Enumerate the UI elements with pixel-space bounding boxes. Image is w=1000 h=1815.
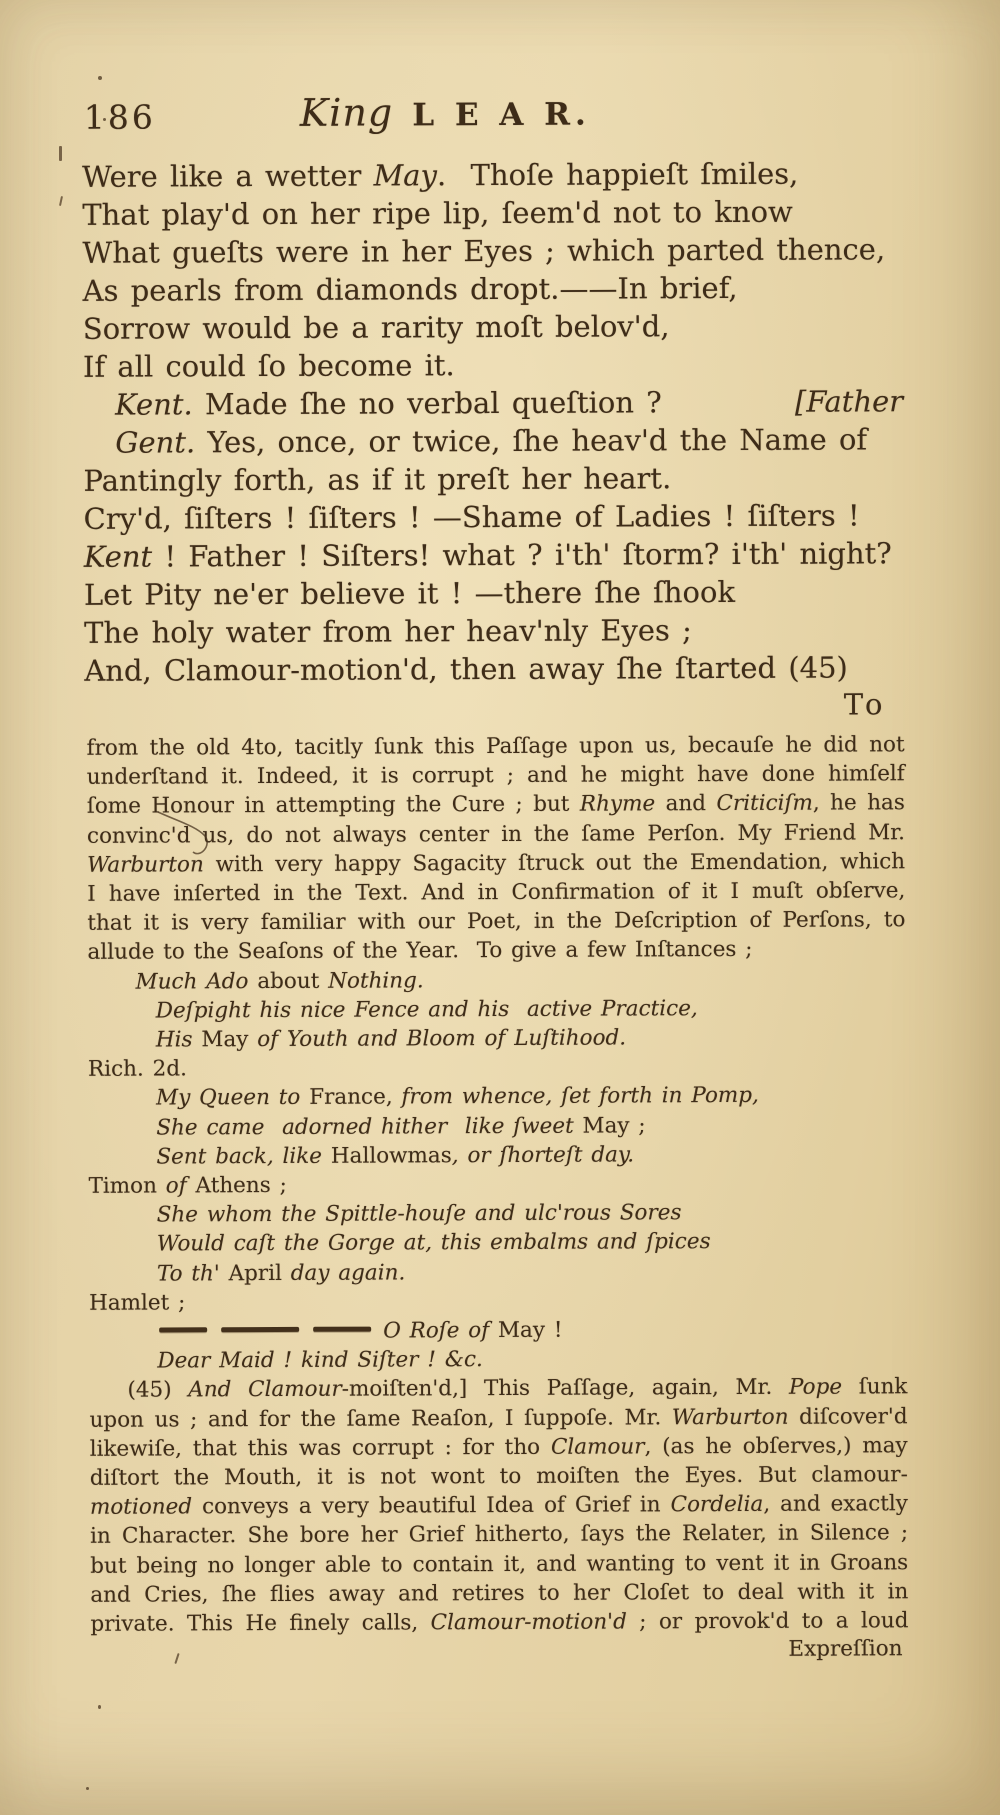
italic-text: , or ſhorteſt day. — [452, 1142, 634, 1168]
italic-text: Clamour-motion'd — [431, 1610, 627, 1636]
roman-text: Made ſhe no verbal queſtion ? — [193, 385, 662, 421]
italic-text: She came adorned hither like ſweet — [156, 1113, 582, 1140]
text-line: Were like a wetter May. Thoſe happieſt ſ… — [82, 154, 902, 196]
roman-text: Timon — [88, 1174, 165, 1199]
italic-text: Kent. — [115, 387, 193, 421]
text-line: from the old 4to, tacitly ſunk this Paſſ… — [85, 730, 905, 763]
text-line: motioned conveys a very beautiful Idea o… — [88, 1490, 908, 1523]
text-line: And, Clamour-motion'd, then away ſhe ſta… — [84, 648, 904, 690]
stage-direction-catch: [Father — [795, 382, 903, 420]
roman-text: conveys a very beautiful Idea of Grief i… — [192, 1493, 671, 1520]
text-line: She whom the Spittle-houſe and ulc'rous … — [87, 1197, 907, 1230]
italic-text: O Roſe of — [383, 1318, 498, 1344]
italic-text: Warburton — [87, 852, 204, 878]
quotation-dash — [313, 1326, 371, 1331]
roman-text: underſtand it. Indeed, it is corrupt ; a… — [87, 761, 905, 790]
text-line: Hamlet ; — [87, 1285, 907, 1318]
text-line: To th' April day again. — [87, 1256, 907, 1289]
text-line: Gent. Yes, once, or twice, ſhe heav'd th… — [83, 420, 903, 462]
roman-text: , and exactly — [763, 1492, 908, 1518]
text-line: Warburton with very happy Sagacity ſtruc… — [85, 847, 905, 880]
text-line: ſome Honour in attempting the Cure ; but… — [85, 789, 905, 822]
text-line: Rich. 2d. — [86, 1051, 906, 1084]
main-verse-text: Were like a wetter May. Thoſe happieſt ſ… — [82, 154, 904, 690]
italic-text: Would caſt the Gorge at, this embalms an… — [157, 1230, 711, 1257]
text-line: Would caſt the Gorge at, this embalms an… — [87, 1227, 907, 1260]
italic-text: Warburton — [672, 1404, 789, 1430]
roman-text: in Character. She bore her Grief hithert… — [90, 1521, 908, 1550]
roman-text: upon us ; and for the ſame Reaſon, I ſup… — [90, 1405, 672, 1433]
running-header: 186 King L E A R. — [82, 88, 902, 144]
roman-text: ; or provok'd to a loud — [627, 1608, 909, 1634]
roman-text: That play'd on her ripe lip, ſeem'd not … — [82, 195, 793, 232]
text-line: Let Pity ne'er believe it ! —there ſhe ſ… — [84, 572, 904, 614]
text-line: His May of Youth and Bloom of Luſtihood. — [86, 1022, 906, 1055]
text-line: Pantingly forth, as if it preſt her hear… — [83, 458, 903, 500]
roman-text: The holy water from her heav'nly Eyes ; — [84, 613, 692, 650]
italic-text: Pope — [789, 1375, 842, 1400]
text-line: Kent ! Father ! Siſters! what ? i'th' ſt… — [84, 534, 904, 576]
roman-text: As pearls from diamonds dropt.——In brief… — [83, 271, 738, 308]
text-line: As pearls from diamonds dropt.——In brief… — [83, 268, 903, 310]
roman-text: If all could ſo become it. — [83, 348, 455, 384]
italic-text: Kent — [84, 540, 153, 574]
roman-text: Were like a wetter — [82, 159, 374, 194]
italic-text: from whence, ſet forth in Pomp, — [393, 1083, 759, 1110]
text-line: allude to the Seaſons of the Year. To gi… — [85, 935, 905, 968]
page-number: 186 — [84, 97, 156, 136]
italic-text: motioned — [90, 1495, 192, 1520]
roman-text: Athens ; — [187, 1173, 287, 1198]
roman-text: allude to the Seaſons of the Year. To gi… — [87, 937, 752, 965]
italic-text: Gent. — [115, 425, 195, 459]
roman-text: Pantingly forth, as if it preſt her hear… — [83, 461, 671, 498]
roman-text: France, — [309, 1085, 393, 1110]
text-line: in Character. She bore her Grief hithert… — [88, 1519, 908, 1552]
italic-text: Clamour — [551, 1434, 645, 1459]
text-line: What gueſts were in her Eyes ; which par… — [82, 230, 902, 272]
roman-text: about — [248, 968, 328, 993]
text-line: that it is very familiar with our Poet, … — [85, 905, 905, 938]
text-line: (45) And Clamour-moiſten'd,] This Paſſag… — [87, 1373, 907, 1406]
roman-text: that it is very familiar with our Poet, … — [87, 907, 905, 936]
roman-text: May — [201, 1027, 248, 1052]
text-line: likewiſe, that this was corrupt : for th… — [88, 1431, 908, 1464]
text-line: diſtort the Mouth, it is not wont to moi… — [88, 1460, 908, 1493]
italic-text: Dear Maid ! kind Siſter ! &c. — [157, 1347, 483, 1373]
roman-text: ! Father ! Siſters! what ? i'th' ſtorm? … — [152, 536, 892, 573]
text-line: Cry'd, ſiſters ! ſiſters ! —Shame of Lad… — [84, 496, 904, 538]
roman-text: but being no longer able to contain it, … — [90, 1550, 908, 1579]
text-line: Sorrow would be a rarity moſt belov'd, — [83, 306, 903, 348]
ink-speck — [98, 76, 102, 80]
text-line: but being no longer able to contain it, … — [88, 1548, 908, 1581]
roman-text: What gueſts were in her Eyes ; which par… — [82, 232, 885, 270]
italic-text: Much Ado — [136, 969, 249, 994]
catchword-footnote: Expreſſion — [89, 1636, 909, 1668]
roman-text: from the old 4to, tacitly ſunk this Paſſ… — [87, 732, 905, 761]
roman-text: ſunk — [842, 1375, 907, 1400]
text-line: I have inſerted in the Text. And in Conf… — [85, 876, 905, 909]
roman-text: likewiſe, that this was corrupt : for th… — [90, 1435, 551, 1462]
roman-text: Hallowmas — [331, 1143, 452, 1169]
title-italic: King — [300, 90, 394, 134]
roman-text: May ; — [582, 1113, 645, 1138]
italic-text: And Clamour — [188, 1377, 342, 1403]
text-line: That play'd on her ripe lip, ſeem'd not … — [82, 192, 902, 234]
text-line: O Roſe of May ! — [87, 1314, 907, 1347]
roman-text: (45) — [127, 1378, 188, 1403]
roman-text: Yes, once, or twice, ſhe heav'd the Name… — [195, 422, 867, 459]
text-line: Timon of Athens ; — [86, 1168, 906, 1201]
roman-text: with very happy Sagacity ſtruck out the … — [204, 849, 905, 877]
text-line: If all could ſo become it. — [83, 344, 903, 386]
italic-text: Deſpight his nice Fence and his active P… — [156, 996, 698, 1023]
italic-text: His — [156, 1027, 202, 1052]
text-line: upon us ; and for the ſame Reaſon, I ſup… — [87, 1402, 907, 1435]
roman-text: convinc'd us, do not always center in th… — [87, 820, 905, 849]
roman-text: private. This He finely calls, — [90, 1610, 430, 1636]
roman-text: Sorrow would be a rarity moſt belov'd, — [83, 309, 670, 346]
text-line: convinc'd us, do not always center in th… — [85, 818, 905, 851]
text-line: She came adorned hither like ſweet May ; — [86, 1110, 906, 1143]
roman-text: , (as he obſerves,) may — [644, 1433, 907, 1459]
page-title: King L E A R. — [300, 90, 591, 135]
italic-text: Cordelia — [671, 1492, 764, 1517]
ink-speck — [103, 118, 106, 121]
italic-text: day again. — [291, 1260, 406, 1285]
text-line: Much Ado about Nothing. — [86, 964, 906, 997]
book-page-scan: 186 King L E A R. Were like a wetter May… — [0, 0, 1000, 1815]
italic-text: of — [166, 1173, 187, 1198]
italic-text: She whom the Spittle-houſe and ulc'rous … — [157, 1200, 682, 1227]
text-line: Kent. Made ſhe no verbal queſtion ?[Fath… — [83, 382, 903, 424]
italic-text: Sent back, like — [156, 1144, 331, 1170]
roman-text: ſome Honour in attempting the Cure ; but — [87, 792, 580, 819]
catchword-main: To — [84, 686, 904, 726]
text-line: Sent back, like Hallowmas, or ſhorteſt d… — [86, 1139, 906, 1172]
roman-text: Cry'd, ſiſters ! ſiſters ! —Shame of Lad… — [84, 498, 860, 535]
text-line: My Queen to France, from whence, ſet for… — [86, 1081, 906, 1114]
text-line: underſtand it. Indeed, it is corrupt ; a… — [85, 759, 905, 792]
ink-speck — [86, 1787, 89, 1790]
title-caps: L E A R. — [412, 97, 591, 134]
roman-text: Rich. 2d. — [88, 1057, 187, 1082]
italic-text: My Queen to — [156, 1085, 309, 1111]
roman-text: , he has — [813, 791, 905, 816]
roman-text: and Cries, ſhe flies away and retires to… — [90, 1579, 908, 1608]
roman-text: diſcover'd — [788, 1404, 907, 1430]
roman-text: April — [229, 1261, 291, 1286]
roman-text: Hamlet ; — [89, 1290, 185, 1315]
text-line: Deſpight his nice Fence and his active P… — [86, 993, 906, 1026]
italic-text: of Youth and Bloom of Luſtihood. — [248, 1025, 626, 1052]
italic-text: Rhyme — [580, 792, 655, 817]
roman-text: -moiſten'd,] This Paſſage, again, Mr. — [342, 1375, 789, 1402]
italic-text: To th' — [157, 1261, 229, 1286]
roman-text: And, Clamour-motion'd, then away ſhe ſta… — [84, 650, 848, 687]
quotation-dash — [159, 1327, 207, 1332]
italic-text: Criticiſm — [716, 791, 812, 816]
text-line: The holy water from her heav'nly Eyes ; — [84, 610, 904, 652]
roman-text: May ! — [498, 1318, 563, 1343]
italic-text: Nothing. — [328, 968, 424, 993]
quotation-dash — [221, 1326, 299, 1331]
roman-text: Let Pity ne'er believe it ! —there ſhe ſ… — [84, 575, 735, 612]
roman-text: diſtort the Mouth, it is not wont to moi… — [90, 1462, 908, 1491]
ink-tick — [59, 146, 62, 161]
ink-speck — [98, 1705, 101, 1709]
roman-text: and — [655, 791, 716, 816]
text-line: and Cries, ſhe flies away and retires to… — [88, 1577, 908, 1610]
roman-text: . Thoſe happieſt ſmiles, — [437, 157, 799, 193]
italic-text: May — [373, 158, 437, 192]
footnote-text: from the old 4to, tacitly ſunk this Paſſ… — [85, 730, 909, 1639]
text-line: private. This He finely calls, Clamour-m… — [88, 1606, 908, 1639]
printed-area: 186 King L E A R. Were like a wetter May… — [0, 0, 1000, 1667]
roman-text: I have inſerted in the Text. And in Conf… — [87, 878, 905, 907]
text-line: Dear Maid ! kind Siſter ! &c. — [87, 1343, 907, 1376]
